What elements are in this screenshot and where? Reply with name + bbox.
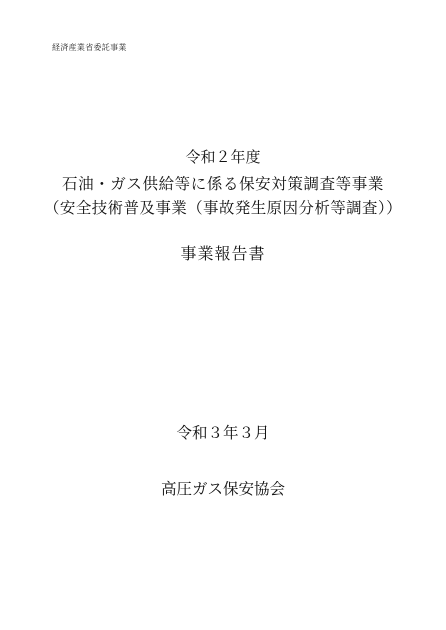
project-title: 石油・ガス供給等に係る保安対策調査等事業 (0, 177, 446, 193)
report-date: 令和３年３月 (0, 426, 446, 442)
project-subtitle: （安全技術普及事業（事故発生原因分析等調査）） (0, 201, 446, 217)
document-cover-page: 経済産業省委託事業 令和２年度 石油・ガス供給等に係る保安対策調査等事業 （安全… (0, 0, 446, 630)
report-type-title: 事業報告書 (0, 246, 446, 262)
organization-name: 高圧ガス保安協会 (0, 482, 446, 498)
commission-note: 経済産業省委託事業 (52, 42, 127, 53)
fiscal-year: 令和２年度 (0, 150, 446, 165)
